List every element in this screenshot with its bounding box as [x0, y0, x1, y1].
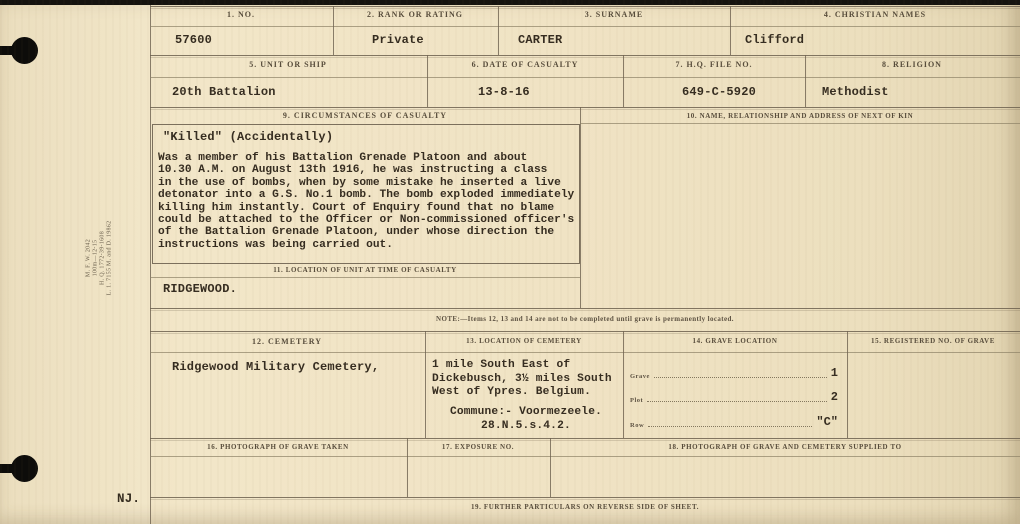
row-row-value: "C": [816, 415, 838, 429]
field-further-label: 19. FURTHER PARTICULARS ON REVERSE SIDE …: [471, 503, 699, 511]
field-unit-value: 20th Battalion: [172, 85, 276, 99]
field-photo-taken-value: [152, 458, 405, 495]
left-margin: [0, 0, 150, 524]
field-circumstances-label: 9. CIRCUMSTANCES OF CASUALTY: [283, 111, 447, 120]
row5-header-rule: [150, 456, 1020, 457]
circumstances-body: Was a member of his Battalion Grenade Pl…: [158, 152, 582, 251]
row5-divider-2: [550, 438, 551, 497]
row2-header-rule: [150, 77, 1020, 78]
dotted-leader: [648, 425, 812, 427]
field-cemetery-location-value: 1 mile South East of Dickebusch, 3½ mile…: [432, 359, 622, 400]
row4-divider-2: [623, 331, 624, 438]
field-surname-value: CARTER: [518, 33, 562, 47]
plot-row-value: 2: [831, 390, 838, 404]
nok-header-rule: [580, 123, 1020, 124]
field-religion-label: 8. RELIGION: [882, 60, 942, 69]
field-registered-no-value: [850, 356, 1018, 436]
margin-annotation: NJ.: [117, 492, 140, 506]
row4-divider-3: [847, 331, 848, 438]
field-photo-supplied-label: 18. PHOTOGRAPH OF GRAVE AND CEMETERY SUP…: [668, 443, 901, 451]
field-religion-value: Methodist: [822, 85, 889, 99]
circumstances-heading: "Killed" (Accidentally): [163, 130, 333, 144]
row2-divider-2: [623, 55, 624, 107]
row1-divider-2: [498, 6, 499, 55]
note-top-rule: [150, 308, 1020, 309]
punch-hole-top: [11, 37, 38, 64]
grave-row-label: Grave: [630, 373, 650, 380]
row1-header-rule: [150, 26, 1020, 27]
row2-divider-1: [427, 55, 428, 107]
row1-bottom-rule: [150, 55, 1020, 56]
field-registered-no-label: 15. REGISTERED NO. OF GRAVE: [871, 337, 995, 345]
row-row: Row "C": [630, 415, 838, 429]
dotted-leader: [647, 400, 827, 402]
field-next-of-kin-value: [582, 126, 1018, 306]
row-row-label: Row: [630, 422, 644, 429]
punch-hole-bottom: [11, 455, 38, 482]
field-unit-label: 5. UNIT OR SHIP: [249, 60, 327, 69]
unit-location-header-rule: [150, 277, 580, 278]
field-photo-supplied-value: [552, 458, 1018, 495]
field-grave-location-label: 14. GRAVE LOCATION: [692, 337, 777, 345]
field-unit-location-value: RIDGEWOOD.: [163, 282, 237, 296]
field-cemetery-commune: Commune:- Voormezeele. 28.N.5.s.4.2.: [430, 406, 622, 433]
plot-row: Plot 2: [630, 390, 838, 404]
field-exposure-no-label: 17. EXPOSURE NO.: [442, 443, 514, 451]
field-cemetery-label: 12. CEMETERY: [252, 337, 322, 346]
field-no-label: 1. NO.: [227, 10, 255, 19]
field-no-value: 57600: [175, 33, 212, 47]
field-photo-taken-label: 16. PHOTOGRAPH OF GRAVE TAKEN: [207, 443, 349, 451]
field-rank-value: Private: [372, 33, 424, 47]
field-unit-location-label: 11. LOCATION OF UNIT AT TIME OF CASUALTY: [273, 266, 457, 274]
field-surname-label: 3. SURNAME: [585, 10, 643, 19]
field-date-label: 6. DATE OF CASUALTY: [472, 60, 579, 69]
field-rank-label: 2. RANK OR RATING: [367, 10, 463, 19]
field-cemetery-value: Ridgewood Military Cemetery,: [172, 360, 379, 374]
note-bottom-rule: [150, 331, 1020, 332]
field-next-of-kin-label: 10. NAME, RELATIONSHIP AND ADDRESS OF NE…: [687, 112, 914, 120]
field-christian-value: Clifford: [745, 33, 804, 47]
row5-divider-1: [407, 438, 408, 497]
printer-stamp: M. F. W. 2042 100m—12-15 H. Q. 1772-39-1…: [86, 191, 126, 326]
row4-bottom-rule: [150, 438, 1020, 439]
casualty-register-scan: M. F. W. 2042 100m—12-15 H. Q. 1772-39-1…: [0, 0, 1020, 524]
row1-divider-1: [333, 6, 334, 55]
row2-bottom-rule: [150, 107, 1020, 108]
row1-divider-3: [730, 6, 731, 55]
row2-divider-3: [805, 55, 806, 107]
field-date-value: 13-8-16: [478, 85, 530, 99]
field-cemetery-location-label: 13. LOCATION OF CEMETERY: [466, 337, 582, 345]
row4-header-rule: [150, 352, 1020, 353]
dotted-leader: [654, 376, 827, 378]
note-line: NOTE:—Items 12, 13 and 14 are not to be …: [436, 315, 734, 323]
grave-row: Grave 1: [630, 366, 838, 380]
field-exposure-no-value: [409, 458, 548, 495]
row4-divider-1: [425, 331, 426, 438]
grave-row-value: 1: [831, 366, 838, 380]
field-hq-file-value: 649-C-5920: [682, 85, 756, 99]
form-left-border: [150, 5, 151, 524]
plot-row-label: Plot: [630, 397, 643, 404]
scan-top-edge: [0, 0, 1020, 5]
field-hq-file-label: 7. H.Q. FILE NO.: [675, 60, 752, 69]
row5-bottom-rule: [150, 497, 1020, 498]
form-top-border: [150, 6, 1020, 7]
field-christian-label: 4. CHRISTIAN NAMES: [824, 10, 926, 19]
